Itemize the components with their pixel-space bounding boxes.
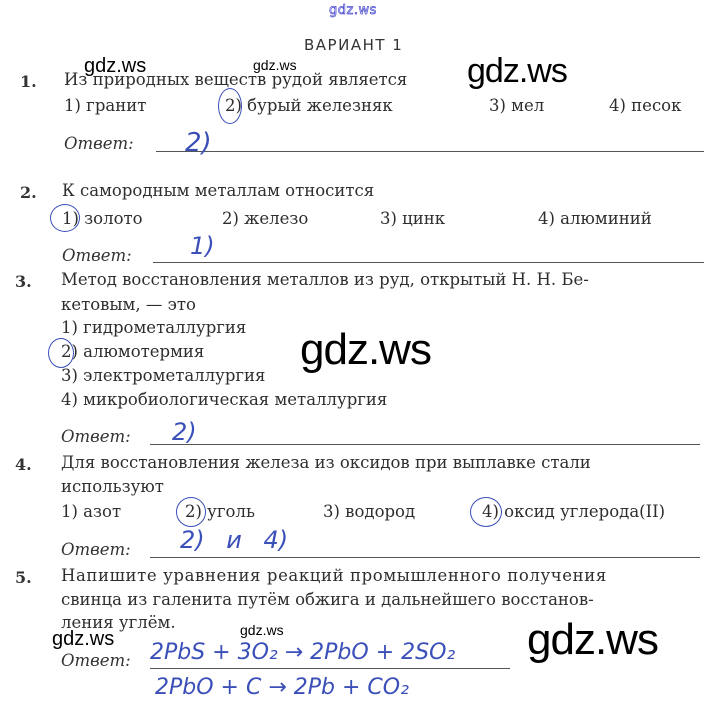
- watermark-top: gdz.ws: [329, 3, 377, 18]
- watermark: gdz.ws: [253, 57, 297, 73]
- watermark: gdz.ws: [240, 622, 284, 638]
- question-number: 2.: [20, 183, 37, 202]
- watermark: gdz.ws: [527, 615, 658, 665]
- option-2: 2) алюмотермия: [61, 342, 204, 361]
- question-text: К самородным металлам относится: [62, 181, 374, 200]
- answer-circle: [50, 204, 80, 232]
- question-text-line-1: Напишите уравнения реакций промышленного…: [61, 566, 607, 585]
- answer-line: [156, 151, 704, 152]
- handwritten-answer: 2): [185, 128, 212, 158]
- option-1: 1) азот: [61, 502, 121, 521]
- answer-circle: [218, 88, 242, 124]
- answer-line: [150, 557, 700, 558]
- answer-label: Ответ:: [62, 246, 132, 265]
- watermark: gdz.ws: [467, 52, 567, 91]
- answer-label: Ответ:: [61, 427, 131, 446]
- question-text-line-2: используют: [61, 477, 164, 496]
- question-text-line-2: кетовым, — это: [61, 295, 196, 314]
- answer-label: Ответ:: [61, 651, 131, 670]
- answer-label: Ответ:: [61, 540, 131, 559]
- handwritten-equation-1: 2PbS + 3O₂ → 2PbO + 2SO₂: [150, 640, 455, 665]
- option-1: 1) гидрометаллургия: [61, 318, 246, 337]
- option-2: 2) железо: [222, 209, 308, 228]
- option-3: 3) водород: [323, 502, 415, 521]
- watermark: gdz.ws: [52, 628, 114, 651]
- answer-label: Ответ:: [64, 134, 134, 153]
- answer-line: [150, 444, 700, 445]
- answer-circle: [48, 338, 74, 368]
- option-1: 1) гранит: [64, 96, 146, 115]
- handwritten-answer: 1): [190, 232, 215, 260]
- option-4: 4) оксид углерода(II): [482, 502, 665, 521]
- option-3: 3) мел: [489, 96, 544, 115]
- question-text-line-1: Метод восстановления металлов из руд, от…: [61, 270, 589, 289]
- option-3: 3) цинк: [380, 209, 445, 228]
- answer-circle-2: [176, 497, 206, 527]
- question-number: 4.: [15, 455, 32, 474]
- question-number: 3.: [15, 272, 32, 291]
- answer-line: [150, 668, 510, 669]
- handwritten-answer: 2) и 4): [180, 526, 288, 554]
- handwritten-equation-2: 2PbO + C → 2Pb + CO₂: [155, 675, 409, 700]
- variant-title: ВАРИАНТ 1: [304, 36, 403, 54]
- question-text-line-1: Для восстановления железа из оксидов при…: [61, 453, 591, 472]
- option-4: 4) песок: [609, 96, 681, 115]
- handwritten-answer: 2): [172, 418, 197, 446]
- option-2: 2) бурый железняк: [225, 96, 393, 115]
- watermark: gdz.ws: [300, 325, 431, 375]
- question-number: 1.: [20, 72, 37, 91]
- option-4: 4) микробиологическая металлургия: [61, 390, 387, 409]
- question-text-line-2: свинца из галенита путём обжига и дальне…: [61, 590, 594, 609]
- answer-line: [153, 262, 704, 263]
- question-number: 5.: [15, 568, 32, 587]
- option-3: 3) электрометаллургия: [61, 366, 265, 385]
- watermark: gdz.ws: [84, 55, 146, 78]
- option-4: 4) алюминий: [538, 209, 652, 228]
- answer-circle-4: [470, 497, 502, 527]
